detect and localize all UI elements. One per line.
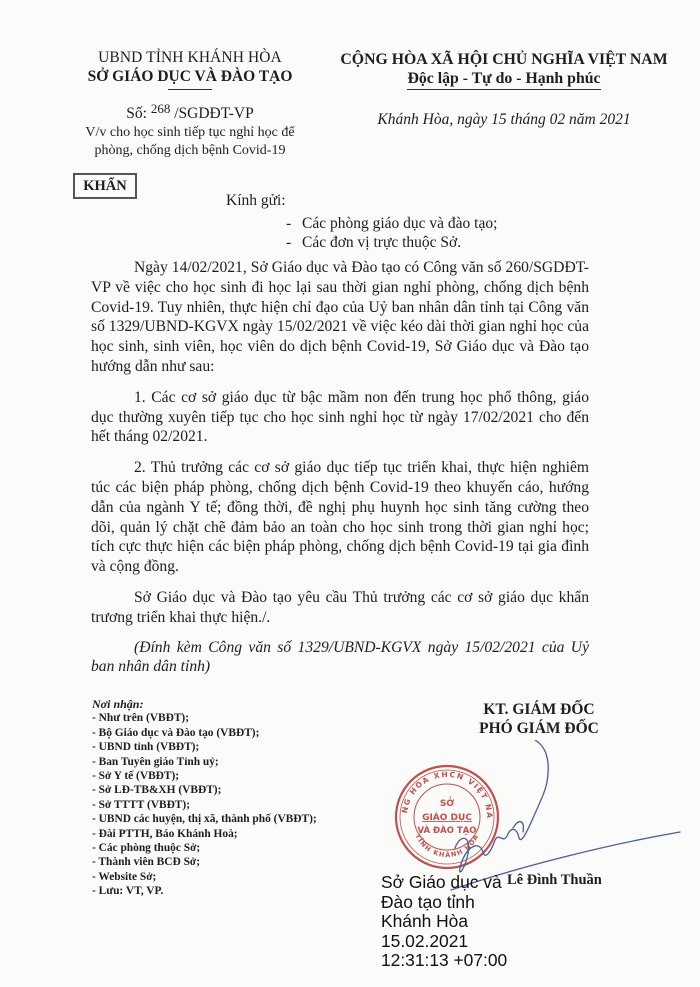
subject-line-1: V/v cho học sinh tiếp tục nghỉ học để <box>68 124 312 141</box>
document-number-value: 268 <box>151 101 171 116</box>
distribution-item: - Sở Y tế (VBĐT); <box>92 769 317 783</box>
digital-signature-line: Sở Giáo dục và <box>381 873 507 893</box>
parent-agency: UBND TỈNH KHÁNH HÒA <box>68 48 312 67</box>
addressee-list: -Các phòng giáo dục và đào tạo; -Các đơn… <box>286 214 497 252</box>
distribution-item: - UBND tỉnh (VBĐT); <box>92 740 317 754</box>
digital-signature-date: 15.02.2021 <box>381 932 507 952</box>
instruction-item-2: 2. Thủ trưởng các cơ sở giáo dục tiếp tụ… <box>91 458 589 577</box>
distribution-item: - Các phòng thuộc Sở; <box>92 841 317 855</box>
distribution-list: Nơi nhận: - Như trên (VBĐT); - Bộ Giáo d… <box>92 697 317 899</box>
addressee-label: Kính gửi: <box>226 192 286 210</box>
nation-title: CỘNG HÒA XÃ HỘI CHỦ NGHĨA VIỆT NAM <box>328 50 680 69</box>
attachment-note: (Đính kèm Công văn số 1329/UBND-KGVX ngà… <box>91 638 589 678</box>
digital-signature-line: Khánh Hòa <box>381 912 507 932</box>
signature-block: KT. GIÁM ĐỐC PHÓ GIÁM ĐỐC <box>444 700 634 738</box>
instruction-item-1: 1. Các cơ sở giáo dục từ bậc mầm non đến… <box>91 388 589 447</box>
national-header: CỘNG HÒA XÃ HỘI CHỦ NGHĨA VIỆT NAM Độc l… <box>328 50 680 129</box>
issuing-agency: SỞ GIÁO DỤC VÀ ĐÀO TẠO <box>68 67 312 86</box>
digital-signature-time: 12:31:13 +07:00 <box>381 951 507 971</box>
digital-signature-line: Đào tạo tỉnh <box>381 893 507 913</box>
distribution-item: - Ban Tuyên giáo Tỉnh uỷ; <box>92 755 317 769</box>
distribution-item: - Sở TTTT (VBĐT); <box>92 798 317 812</box>
agency-header: UBND TỈNH KHÁNH HÒA SỞ GIÁO DỤC VÀ ĐÀO T… <box>68 48 312 159</box>
official-document-page: UBND TỈNH KHÁNH HÒA SỞ GIÁO DỤC VÀ ĐÀO T… <box>0 0 700 987</box>
closing-paragraph: Sở Giáo dục và Đào tạo yêu cầu Thủ trưởn… <box>91 588 589 628</box>
distribution-item: - Sở LĐ-TB&XH (VBĐT); <box>92 783 317 797</box>
distribution-item: - Như trên (VBĐT); <box>92 711 317 725</box>
document-body: Ngày 14/02/2021, Sở Giáo dục và Đào tạo … <box>91 258 589 688</box>
place-and-date: Khánh Hòa, ngày 15 tháng 02 năm 2021 <box>328 110 680 129</box>
addressee-item: -Các đơn vị trực thuộc Sở. <box>286 233 497 252</box>
signer-authority: KT. GIÁM ĐỐC <box>444 700 634 719</box>
distribution-item: - Thành viên BCĐ Sở; <box>92 855 317 869</box>
urgency-badge: KHẨN <box>73 173 137 199</box>
document-number: Số: 268 /SGDĐT-VP <box>68 99 312 123</box>
distribution-item: - Lưu: VT, VP. <box>92 884 317 898</box>
distribution-item: - Đài PTTH, Báo Khánh Hoà; <box>92 827 317 841</box>
addressee-item: -Các phòng giáo dục và đào tạo; <box>286 214 497 233</box>
header-rule <box>168 89 212 90</box>
subject-line-2: phòng, chống dịch bệnh Covid-19 <box>68 142 312 159</box>
distribution-item: - Bộ Giáo dục và Đào tạo (VBĐT); <box>92 726 317 740</box>
distribution-item: - Website Sở; <box>92 870 317 884</box>
intro-paragraph: Ngày 14/02/2021, Sở Giáo dục và Đào tạo … <box>91 258 589 377</box>
distribution-item: - UBND các huyện, thị xã, thành phố (VBĐ… <box>92 812 317 826</box>
national-motto: Độc lập - Tự do - Hạnh phúc <box>407 69 600 90</box>
signer-name: Lê Đình Thuần <box>507 872 602 889</box>
signer-title: PHÓ GIÁM ĐỐC <box>444 719 634 738</box>
digital-signature-stamp: Sở Giáo dục và Đào tạo tỉnh Khánh Hòa 15… <box>381 873 507 971</box>
distribution-title: Nơi nhận: <box>92 697 317 711</box>
